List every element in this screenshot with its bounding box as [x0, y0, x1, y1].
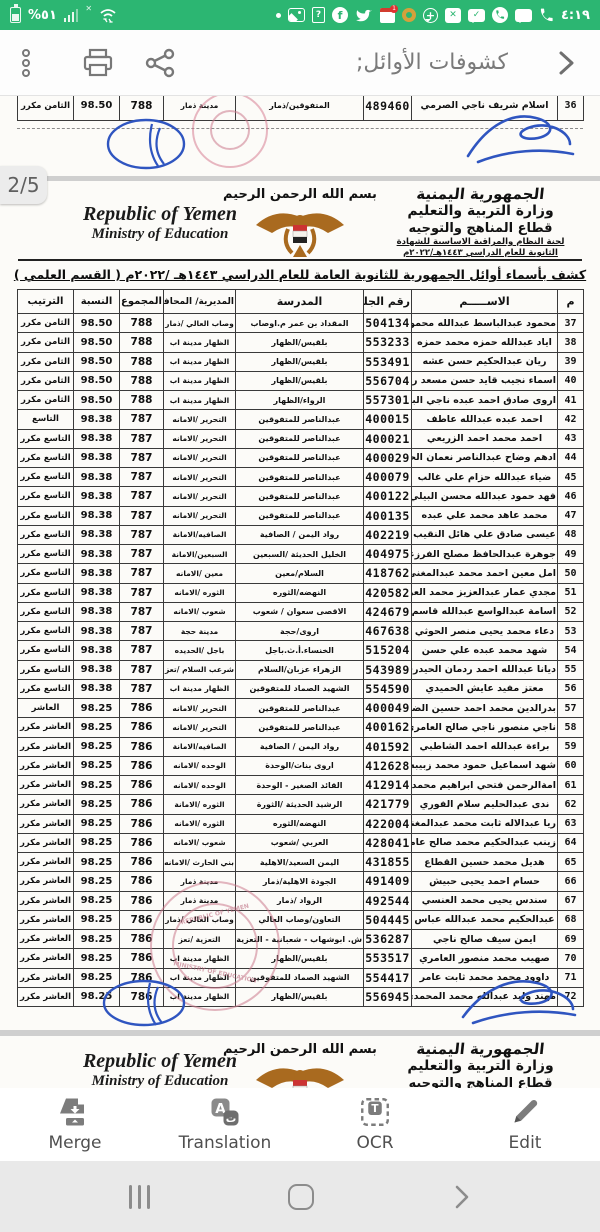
- table-row: 45ضياء عبدالله حزام علي غالب400079عبدالن…: [18, 468, 584, 487]
- cell: 98.38: [74, 487, 120, 506]
- cell: 98.38: [74, 602, 120, 621]
- cell: امل معين احمد محمد عبدالمغني: [412, 564, 558, 583]
- cell: العاشر مكرر: [18, 891, 74, 910]
- cell: 47: [558, 506, 584, 525]
- col-header: الترتيب: [18, 290, 74, 314]
- cell: محمد عاهد محمد علي عبده: [412, 506, 558, 525]
- cell: 401592: [364, 737, 412, 756]
- cell: 787: [120, 660, 164, 679]
- cell: عبدالناصر للمتفوقين: [236, 468, 364, 487]
- signature-blue-oval: [100, 977, 196, 1029]
- cell: 98.25: [74, 795, 120, 814]
- cell: المقداد بن عمر م.اوصاب: [236, 314, 364, 333]
- cell: 787: [120, 429, 164, 448]
- cell: 53: [558, 622, 584, 641]
- cell: 98.38: [74, 410, 120, 429]
- overflow-menu-icon[interactable]: [18, 48, 44, 78]
- cell: 98.25: [74, 814, 120, 833]
- document-title: كشف بأسماء أوائل الجمهورية للثانوية العا…: [0, 267, 600, 282]
- cell: 98.25: [74, 718, 120, 737]
- cell: 98.50: [74, 333, 120, 352]
- cell: ادهم وضاح عبدالناصر نعمان الحاج: [412, 448, 558, 467]
- cell: بني الحارث /الامانه: [164, 853, 236, 872]
- table-row: 37محمود عبدالباسط عبدالله محمود الهتاري5…: [18, 314, 584, 333]
- header-ar-line3: قطاع المناهج والتوجيه: [373, 1076, 588, 1088]
- cell: الوحده /الامانه: [164, 756, 236, 775]
- cell: الاقصى سعوان / شعوب: [236, 602, 364, 621]
- cell: 543989: [364, 660, 412, 679]
- cell: 554417: [364, 968, 412, 987]
- cell: الثوره /الامانه: [164, 583, 236, 602]
- cell: 786: [120, 737, 164, 756]
- cell: 38: [558, 333, 584, 352]
- cell: الظهار مدينة اب: [164, 679, 236, 698]
- cell: العاشر مكرر: [18, 930, 74, 949]
- cell: 98.38: [74, 583, 120, 602]
- facebook-icon: f: [332, 7, 348, 23]
- cell: العاشر مكرر: [18, 756, 74, 775]
- cell: 56: [558, 679, 584, 698]
- cell: اروى/حجة: [236, 622, 364, 641]
- table-row: 48عيسى صادق علي هائل النقيب402219رواد ال…: [18, 525, 584, 544]
- cell: مدينة حجة: [164, 622, 236, 641]
- cell: ايمن سيف صالح ناجي: [412, 930, 558, 949]
- table-header-row: م الاســـــم رقم الجلوس المدرسة المديرية…: [18, 290, 584, 314]
- cell: 40: [558, 371, 584, 390]
- yemen-emblem-icon: [252, 1060, 348, 1088]
- cell: العاشر مكرر: [18, 872, 74, 891]
- cell: سندس يحيى محمد العنسي: [412, 891, 558, 910]
- cell: القائد الصغير - الوحدة: [236, 776, 364, 795]
- cell: 52: [558, 602, 584, 621]
- cell: التاسع مكرر: [18, 602, 74, 621]
- cell: 98.25: [74, 949, 120, 968]
- cell: عبدالناصر للمتفوقين: [236, 699, 364, 718]
- cell: 556704: [364, 371, 412, 390]
- svg-text:T: T: [371, 1103, 379, 1115]
- cell: 98.38: [74, 545, 120, 564]
- cell: السبعين/الامانة: [164, 545, 236, 564]
- cell: العاشر مكرر: [18, 987, 74, 1006]
- table-row: 52اسامة عبدالواسع عبدالله قاسم القدسي424…: [18, 602, 584, 621]
- cell: جوهرة عبدالحافظ مصلح الفرزعي: [412, 545, 558, 564]
- cell: 553517: [364, 949, 412, 968]
- cell: 51: [558, 583, 584, 602]
- cell: 49: [558, 545, 584, 564]
- translation-button[interactable]: A ت Translation: [165, 1097, 285, 1153]
- table-row: 39ريان عبدالحكيم حسن عشه553491بلقيس/الظه…: [18, 352, 584, 371]
- cell: بلقيس/الظهار: [236, 333, 364, 352]
- cell: 43: [558, 429, 584, 448]
- cell: 402219: [364, 525, 412, 544]
- cell: ناجي منصور ناجي صالح العامري: [412, 718, 558, 737]
- cell: التاسع مكرر: [18, 468, 74, 487]
- cell: 98.25: [74, 776, 120, 795]
- nav-back-button[interactable]: [453, 1183, 471, 1211]
- recents-button[interactable]: [129, 1185, 150, 1209]
- cell: 786: [120, 814, 164, 833]
- cell: اسماء نجيب قايد حسن مسعد راجح: [412, 371, 558, 390]
- cell: عبدالناصر للمتفوقين: [236, 448, 364, 467]
- signature-blue-oval: [104, 114, 196, 176]
- cell: الرواء/الظهار: [236, 391, 364, 410]
- cell: عيسى صادق علي هائل النقيب: [412, 525, 558, 544]
- table-row: 59براءة عبدالله احمد الشاطبي401592رواد ا…: [18, 737, 584, 756]
- cell: 98.25: [74, 872, 120, 891]
- cell: بدرالدين محمد احمد حسين الضاوي: [412, 699, 558, 718]
- header-arabic: الجمهورية اليمنية وزارة التربية والتعليم…: [373, 1040, 588, 1088]
- cell: عبدالناصر للمتفوقين: [236, 487, 364, 506]
- cell: 98.38: [74, 468, 120, 487]
- table-row: 55ديانا عبدالله احمد ردمان الحيدري543989…: [18, 660, 584, 679]
- cell: عبدالناصر للمتفوقين: [236, 410, 364, 429]
- cell: 788: [120, 333, 164, 352]
- cell: العاشر مكرر: [18, 910, 74, 929]
- table-row: 40اسماء نجيب قايد حسن مسعد راجح556704بلق…: [18, 371, 584, 390]
- table-row: 60شهد اسماعيل حمود محمد زبيبه412628اروى …: [18, 756, 584, 775]
- cell: العاشر: [18, 699, 74, 718]
- cell: 98.38: [74, 525, 120, 544]
- table-row: 53دعاء محمد يحيى منصر الحوثي467638اروى/ح…: [18, 622, 584, 641]
- cell: 98.50: [74, 391, 120, 410]
- message-icon: [515, 9, 532, 22]
- table-row: 66حسام احمد يحيى حبيش491409الجودة الاهلي…: [18, 872, 584, 891]
- cell: التحرير /الامانه: [164, 448, 236, 467]
- cell: ندى عبدالحليم سلام الفوري: [412, 795, 558, 814]
- cell: 404975: [364, 545, 412, 564]
- cell: 70: [558, 949, 584, 968]
- cell: شعوب /الامانه: [164, 833, 236, 852]
- cell: الظهار مدينة اب: [164, 391, 236, 410]
- cell: احمد محمد احمد الزريعي: [412, 429, 558, 448]
- cell: 45: [558, 468, 584, 487]
- cell: صهيب محمد منصور العامري: [412, 949, 558, 968]
- header-ar-line1: الجمهورية اليمنية: [372, 185, 589, 203]
- cell: 787: [120, 641, 164, 660]
- cell: 400135: [364, 506, 412, 525]
- cell: 431855: [364, 853, 412, 872]
- cell: العاشر مكرر: [18, 795, 74, 814]
- cell: 98.25: [74, 930, 120, 949]
- document-viewport[interactable]: 36 اسلام شريف ناجي الصرمي 489460 المتفوق…: [0, 96, 600, 1088]
- cell: 491409: [364, 872, 412, 891]
- cell: التاسع مكرر: [18, 641, 74, 660]
- cell: 55: [558, 660, 584, 679]
- table-row: 61امةالرحمن فتحي ابراهيم محمد المتوكل412…: [18, 776, 584, 795]
- table-row: 57بدرالدين محمد احمد حسين الضاوي400049عب…: [18, 699, 584, 718]
- merge-label: Merge: [48, 1133, 101, 1153]
- cell: 787: [120, 410, 164, 429]
- share-button[interactable]: [144, 48, 176, 78]
- cell: الثوره /الامانه: [164, 814, 236, 833]
- cell: الخنساء.أ.ث.باجل: [236, 641, 364, 660]
- cell: 57: [558, 699, 584, 718]
- cell: شرعب السلام /تعز: [164, 660, 236, 679]
- cell: 39: [558, 352, 584, 371]
- cell: 37: [558, 314, 584, 333]
- cell: 787: [120, 679, 164, 698]
- cell: 400122: [364, 487, 412, 506]
- cell: 98.38: [74, 429, 120, 448]
- translation-icon: A ت: [210, 1097, 240, 1127]
- cell: دعاء محمد يحيى منصر الحوثي: [412, 622, 558, 641]
- cell: السلام/معين: [236, 564, 364, 583]
- cell: 786: [120, 872, 164, 891]
- cell: 787: [120, 468, 164, 487]
- cell: التاسع مكرر: [18, 660, 74, 679]
- cell: التحرير /الامانه: [164, 429, 236, 448]
- cell: الجودة الاهلية/ذمار: [236, 872, 364, 891]
- cell: 504445: [364, 910, 412, 929]
- cell: الظهار مدينة اب: [164, 333, 236, 352]
- cell: 61: [558, 776, 584, 795]
- cell: 400015: [364, 410, 412, 429]
- table-row: 51مجدي عمار عبدالعزيز محمد العريقي420582…: [18, 583, 584, 602]
- col-header: المديرية/ المحافظة: [164, 290, 236, 314]
- translation-label: Translation: [179, 1133, 272, 1153]
- cell: الثامن مكرر: [18, 352, 74, 371]
- header-ar-line3: قطاع المناهج والتوجيه: [373, 221, 588, 236]
- cell: العربي /شعوب: [236, 833, 364, 852]
- cell: 554590: [364, 679, 412, 698]
- table-row: 65هديل محمد حسين القطاع431855اليمن السعي…: [18, 853, 584, 872]
- cell: التاسع: [18, 410, 74, 429]
- cell: 69: [558, 930, 584, 949]
- cell: 786: [120, 718, 164, 737]
- cell: العاشر مكرر: [18, 968, 74, 987]
- cell: الوحده /الامانه: [164, 776, 236, 795]
- cell: براءة عبدالله احمد الشاطبي: [412, 737, 558, 756]
- screen: %٥١ ✕ ? f + ✕ ✓ ٤:١٩: [0, 0, 600, 1232]
- cell: 786: [120, 853, 164, 872]
- table-row: 47محمد عاهد محمد علي عبده400135عبدالناصر…: [18, 506, 584, 525]
- table-row: 41اروى صادق احمد عبده ناجي البعداني55730…: [18, 391, 584, 410]
- cell: 54: [558, 641, 584, 660]
- header-ar-line5: الثانوية للعام الدراسي ١٤٤٣هـ/٢٠٢٢م: [373, 248, 588, 258]
- cell: عبدالحكيم محمد عبدالله عباس: [412, 910, 558, 929]
- cell: ضياء عبدالله حزام علي غالب: [412, 468, 558, 487]
- results-table: م الاســـــم رقم الجلوس المدرسة المديرية…: [17, 289, 584, 1007]
- cell: 58: [558, 718, 584, 737]
- merge-button[interactable]: Merge: [15, 1097, 135, 1153]
- cell: 557301: [364, 391, 412, 410]
- cell: 412914: [364, 776, 412, 795]
- cell: العاشر مكرر: [18, 737, 74, 756]
- edit-label: Edit: [509, 1133, 542, 1153]
- cell: 787: [120, 525, 164, 544]
- table-row: 46فهد حمود عبدالله محسن البيلي400122عبدا…: [18, 487, 584, 506]
- cell: 98.25: [74, 833, 120, 852]
- cell: 60: [558, 756, 584, 775]
- cell: الشهيد الصماد للمتفوقين: [236, 679, 364, 698]
- table-row: 54شهد محمد عبده علي حسن515204الخنساء.أ.ث…: [18, 641, 584, 660]
- print-button[interactable]: [82, 48, 114, 78]
- cell: 98.25: [74, 853, 120, 872]
- cell: التحرير /الامانه: [164, 468, 236, 487]
- cell: اسامة عبدالواسع عبدالله قاسم القدسي: [412, 602, 558, 621]
- cell: وصاب العالي /ذمار: [164, 314, 236, 333]
- cell: 41: [558, 391, 584, 410]
- cell: بلقيس/الظهار: [236, 371, 364, 390]
- cell: 787: [120, 564, 164, 583]
- cell: التاسع مكرر: [18, 622, 74, 641]
- cell: بلقيس/الظهار: [236, 352, 364, 371]
- back-button[interactable]: [556, 48, 578, 78]
- cell: 98.38: [74, 506, 120, 525]
- battery-icon: [10, 7, 21, 23]
- cell: العاشر مكرر: [18, 949, 74, 968]
- cell: 400029: [364, 448, 412, 467]
- cell: شهد اسماعيل حمود محمد زبيبه: [412, 756, 558, 775]
- cell: النهضه/الثوره: [236, 814, 364, 833]
- android-nav-bar: [0, 1161, 600, 1232]
- col-header: م: [558, 290, 584, 314]
- ocr-label: OCR: [356, 1133, 393, 1153]
- yemen-emblem-icon: [252, 205, 348, 259]
- cell: التاسع مكرر: [18, 429, 74, 448]
- cell: 421779: [364, 795, 412, 814]
- ocr-button[interactable]: T OCR: [315, 1097, 435, 1153]
- ocr-icon: T: [360, 1097, 390, 1127]
- svg-text:ت: ت: [226, 1112, 237, 1124]
- status-bar: %٥١ ✕ ? f + ✕ ✓ ٤:١٩: [0, 0, 600, 30]
- cell: 400079: [364, 468, 412, 487]
- cell: مجدي عمار عبدالعزيز محمد العريقي: [412, 583, 558, 602]
- page-2: Republic of Yemen Ministry of Education …: [0, 181, 600, 1030]
- table-row: 63ريا عبدالاله ثابت محمد عبدالمغني422004…: [18, 814, 584, 833]
- message-check-icon: ✓: [468, 9, 485, 22]
- header-rule: [18, 259, 582, 261]
- cell: 46: [558, 487, 584, 506]
- cell: 98.50: [74, 352, 120, 371]
- cell: ريان عبدالحكيم حسن عشه: [412, 352, 558, 371]
- table-body: 37محمود عبدالباسط عبدالله محمود الهتاري5…: [18, 314, 584, 1007]
- cell: الثامن مكرر: [18, 371, 74, 390]
- cell: 98.50: [74, 314, 120, 333]
- header-ar-line2: وزارة التربية والتعليم: [373, 203, 588, 219]
- cell: ديانا عبدالله احمد ردمان الحيدري: [412, 660, 558, 679]
- cell: التحرير /الامانه: [164, 718, 236, 737]
- page-3-fragment: Republic of Yemen Ministry of Education …: [0, 1036, 600, 1088]
- cell: 63: [558, 814, 584, 833]
- cell: 98.38: [74, 660, 120, 679]
- cell: 400162: [364, 718, 412, 737]
- cell: التاسع مكرر: [18, 525, 74, 544]
- cell: 400049: [364, 699, 412, 718]
- home-button[interactable]: [288, 1184, 314, 1210]
- cell: العاشر مكرر: [18, 814, 74, 833]
- cell: عبدالناصر للمتفوقين: [236, 429, 364, 448]
- page-title: كشوفات الأوائل;: [356, 50, 508, 75]
- header-ar-line1: الجمهورية اليمنية: [372, 1040, 589, 1058]
- cell: 98.25: [74, 891, 120, 910]
- cell: احمد عبده عبدالله عاطف: [412, 410, 558, 429]
- cell: التاسع مكرر: [18, 506, 74, 525]
- gallery-icon: [288, 8, 305, 22]
- cell: 788: [120, 371, 164, 390]
- merge-icon: [60, 1097, 90, 1127]
- table-row: 50امل معين احمد محمد عبدالمغني418762السل…: [18, 564, 584, 583]
- cell: الصافيه/الامانة: [164, 525, 236, 544]
- table-row: 43احمد محمد احمد الزريعي400021عبدالناصر …: [18, 429, 584, 448]
- cell: 65: [558, 853, 584, 872]
- cell: 786: [120, 756, 164, 775]
- cell: فهد حمود عبدالله محسن البيلي: [412, 487, 558, 506]
- cell: شهد محمد عبده علي حسن: [412, 641, 558, 660]
- header-en-line2: Ministry of Education: [30, 1073, 290, 1088]
- header-en-line2: Ministry of Education: [30, 226, 290, 243]
- cell: 98.25: [74, 737, 120, 756]
- table-row: 49جوهرة عبدالحافظ مصلح الفرزعي404975الخل…: [18, 545, 584, 564]
- cell: حسام احمد يحيى حبيش: [412, 872, 558, 891]
- col-header: المدرسة: [236, 290, 364, 314]
- cell: الرشيد الحديثة /الثورة: [236, 795, 364, 814]
- cell: 489460: [364, 96, 412, 121]
- whatsapp-icon: [492, 7, 508, 23]
- gold-ring-app-icon: [402, 8, 416, 22]
- cell: 420582: [364, 583, 412, 602]
- signature-blue-right: [455, 973, 583, 1025]
- notification-dot-icon: [276, 13, 281, 18]
- cell: 98.38: [74, 448, 120, 467]
- page-1-fragment: 36 اسلام شريف ناجي الصرمي 489460 المتفوق…: [0, 96, 600, 176]
- col-header: المجموع: [120, 290, 164, 314]
- cell: التحرير /الامانه: [164, 506, 236, 525]
- cell: اياد عبدالله حمزه محمد حمزه: [412, 333, 558, 352]
- red-stamp-partial: [192, 96, 268, 168]
- cell: التاسع مكرر: [18, 545, 74, 564]
- cell: 66: [558, 872, 584, 891]
- table-row: 44ادهم وضاح عبدالناصر نعمان الحاج400029ع…: [18, 448, 584, 467]
- edit-button[interactable]: Edit: [465, 1097, 585, 1153]
- cell: 515204: [364, 641, 412, 660]
- table-row: 58ناجي منصور ناجي صالح العامري400162عبدا…: [18, 718, 584, 737]
- cell: الظهار مدينة اب: [164, 352, 236, 371]
- table-row: 38اياد عبدالله حمزه محمد حمزه553233بلقيس…: [18, 333, 584, 352]
- cell: 553491: [364, 352, 412, 371]
- cell: 788: [120, 314, 164, 333]
- cell: 553233: [364, 333, 412, 352]
- header-ar-line4: لجنة النظام والمراقبة الاساسية للشهادة: [373, 237, 588, 247]
- cell: العاشر مكرر: [18, 776, 74, 795]
- header-ar-line2: وزارة التربية والتعليم: [373, 1058, 588, 1074]
- cell: الثامن مكرر: [18, 333, 74, 352]
- cell: 787: [120, 602, 164, 621]
- cell: 787: [120, 622, 164, 641]
- cell: 412628: [364, 756, 412, 775]
- cell: رواد اليمن / الصافية: [236, 525, 364, 544]
- cell: العاشر مكرر: [18, 853, 74, 872]
- cell: 467638: [364, 622, 412, 641]
- cell: اروى بنات/الوحدة: [236, 756, 364, 775]
- help-doc-icon: ?: [312, 7, 325, 23]
- cell: عبدالناصر للمتفوقين: [236, 506, 364, 525]
- cell: 418762: [364, 564, 412, 583]
- table-row: 67سندس يحيى محمد العنسي492544الرواد /ذما…: [18, 891, 584, 910]
- cell: الثامن مكرر: [18, 391, 74, 410]
- cell: 98.38: [74, 641, 120, 660]
- calendar-app-icon: [380, 8, 395, 23]
- close-box-icon: ✕: [445, 8, 461, 23]
- col-header: رقم الجلوس: [364, 290, 412, 314]
- cell: باجل /الحديده: [164, 641, 236, 660]
- cell: 62: [558, 795, 584, 814]
- cell: الثوره /الامانة: [164, 795, 236, 814]
- cell: التاسع مكرر: [18, 564, 74, 583]
- cell: العاشر مكرر: [18, 718, 74, 737]
- cell: 786: [120, 699, 164, 718]
- app-bar: كشوفات الأوائل;: [0, 30, 600, 96]
